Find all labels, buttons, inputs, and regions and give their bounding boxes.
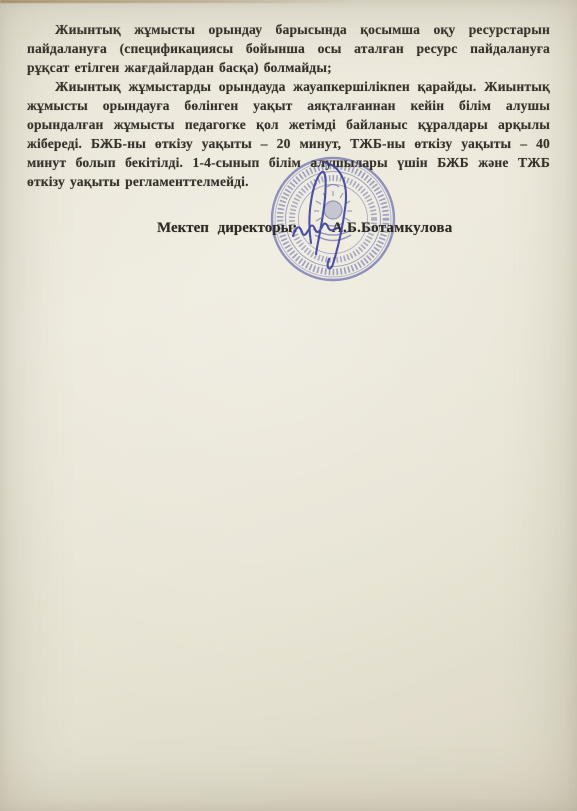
paragraph: Жиынтық жұмысты орындау барысында қосымш… [27,20,550,77]
signature [280,150,400,285]
photo-top-edge [0,0,358,3]
document-photo: Жиынтық жұмысты орындау барысында қосымш… [0,0,577,811]
director-label: Мектеп директоры: [157,220,297,237]
